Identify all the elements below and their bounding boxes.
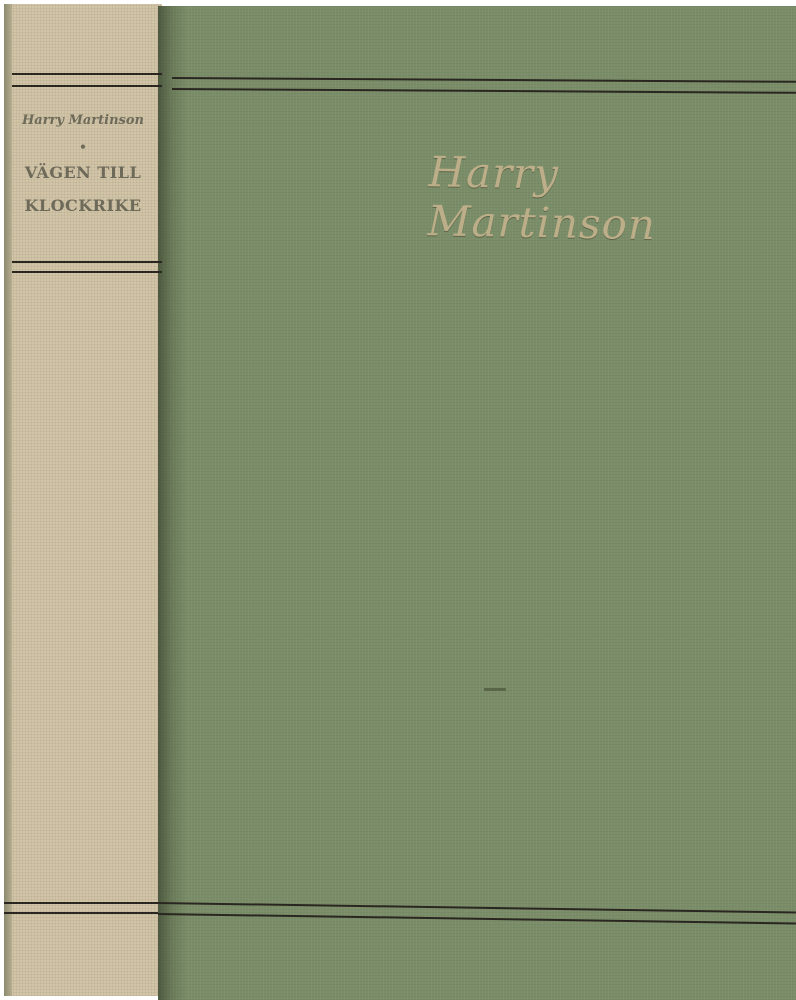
spine-bottom-rule-1 xyxy=(4,902,158,904)
spine-separator: • xyxy=(8,140,158,154)
book-photo: Harry Martinson • VÄGEN TILL KLOCKRIKE H… xyxy=(0,0,796,1000)
spine-title-line-2: KLOCKRIKE xyxy=(8,196,158,215)
spine-mid-rule-1 xyxy=(12,261,162,263)
cover-signature: Harry Martinson xyxy=(427,147,749,251)
spine-top-rule-2 xyxy=(12,85,162,87)
spine-mid-rule-2 xyxy=(12,271,162,273)
spine-top-rule-1 xyxy=(12,73,162,75)
cloth-blemish xyxy=(484,688,506,691)
spine-title-line-1: VÄGEN TILL xyxy=(8,163,158,182)
spine-bottom-rule-2 xyxy=(4,912,158,914)
spine-author: Harry Martinson xyxy=(8,113,158,128)
